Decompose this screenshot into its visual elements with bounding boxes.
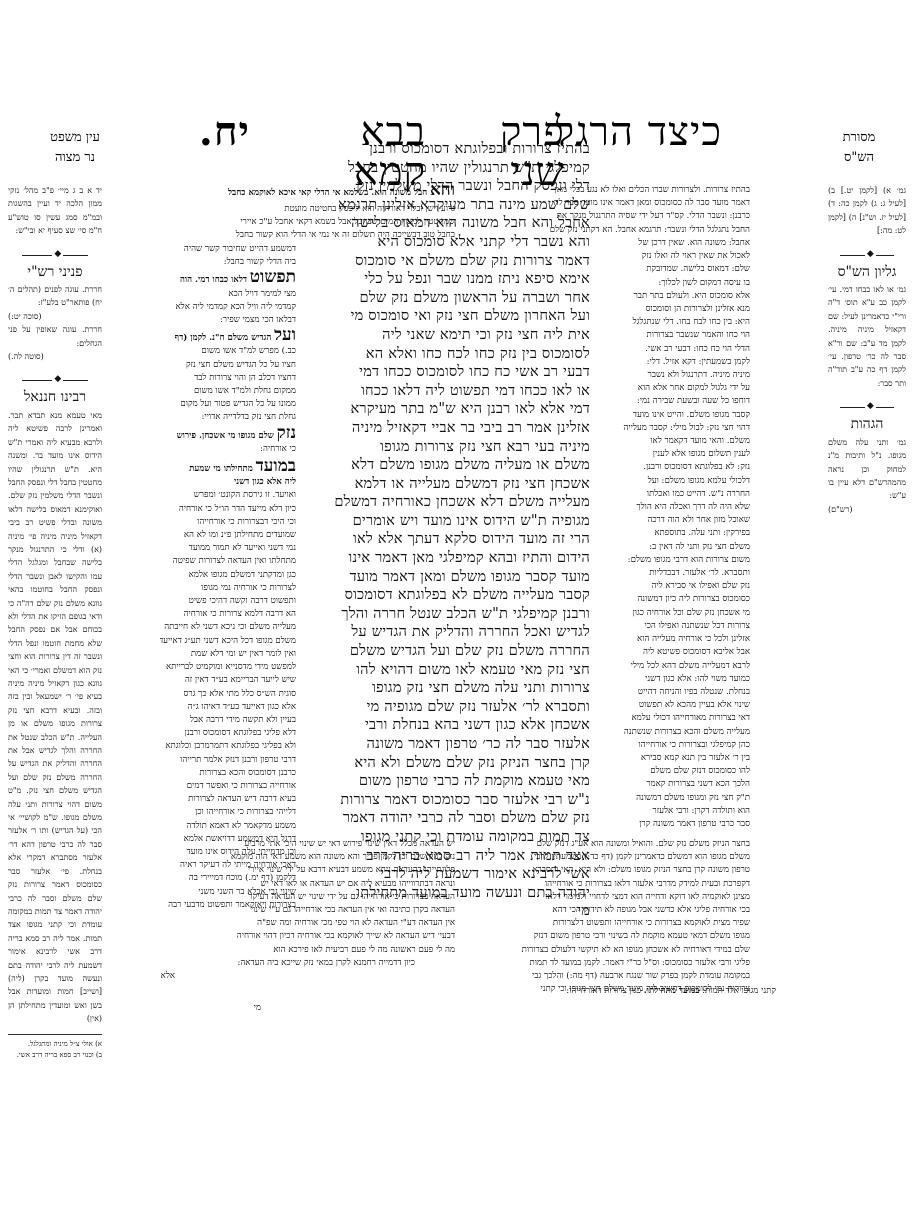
- ornament-divider: [840, 250, 895, 260]
- final-catchword-wrap: מי: [170, 1002, 776, 1015]
- tosafot-line: כיון דלא מייעד הדר הו״ל כי אורחיה: [160, 503, 296, 516]
- final-catchword: מי: [170, 1002, 776, 1015]
- gemara-line: אזלינן אמר רב ביבי בר אביי דקאזיל מיניה: [298, 419, 590, 438]
- tosafot-dh-text: שלם מגופו מי אשכחן. פירוש: [177, 431, 274, 441]
- rashi-line: היא: בין כחו לבח בחו. דלי שנתגלגל: [596, 316, 750, 329]
- rashi-line: משלם חצי נזק ותני לה דאין ב:: [596, 541, 750, 554]
- tosafot-line: כי אורחיה:: [160, 443, 296, 456]
- tosafot-line: אורחייה בצרורות כי ואפשר דמים: [160, 780, 296, 793]
- rashi-line: על ידי גלגול למקום אחר אלא הוא: [596, 382, 750, 395]
- rashi-line: משום צרורות הוא דרבי מגופו משלם:: [596, 554, 750, 567]
- tosafot-line: דרבי טרפון ורבנן דנזק אלמר תרייהו: [160, 754, 296, 767]
- tosafot-dh-veal: ועל: [274, 329, 296, 345]
- gemara-line: מעלייה משלם דלא אשכחן כאורחיה דמשלם: [298, 493, 590, 512]
- tosafot-dh-text: מתחילתו מי שמעת: [189, 464, 253, 474]
- rashi-line: מגופו משלם דמאי טעמא מוקמת לה בשינוי ורב…: [458, 930, 750, 943]
- tosafot-line: דחציו דכלב הן והוי צרורות לבד: [160, 372, 296, 385]
- penei-rashi-title: פניני רש"י: [8, 266, 102, 279]
- gemara-line: דמי אלא לאו רבנן היא ש"מ בתר מעיקרא: [298, 400, 590, 419]
- gemara-line: צרורות ותני עלה משלם חצי נזק מגופו: [298, 679, 590, 698]
- hagahot-text: גמ׳ ותני עלה משלם מגופו. נ"ל ותיבות מ"נ …: [828, 436, 906, 503]
- tosafot-line: העדאה בצרורות כי אורחייהו גם על ידי שינו…: [110, 891, 455, 904]
- tosafot-line: יש העדאה מכלל דאין שינוי פירוש דאי יש שי…: [110, 838, 455, 851]
- tosafot-line: הא דרבה דלמא צרורות כי אורחיה: [160, 608, 296, 621]
- final-line-text: כגון צרורות דאורחייהו:: [566, 986, 641, 996]
- rashi-commentary-column: אחבל: משונה הוא. שאין דרכן של לאכול את ש…: [596, 237, 750, 831]
- tosafot-line: לצרורות כי אורחיה נמי מגופו: [160, 582, 296, 595]
- tosafot-line: מה לי פעם ראשונה מה לי פעם רביעית לאו פי…: [110, 944, 455, 957]
- gemara-line: אימא סיפא ניתז ממנו שבר ונפל על כלי: [298, 270, 590, 289]
- tosafot-line: גרוע וישן ובלוי דאורחיה הוא ליפסק בחטיטה…: [110, 203, 455, 216]
- gemara-line: קסבר מעלייה משלם לא בפלוגתא דסומכוס: [298, 586, 590, 605]
- hagahot-title: הגהות: [828, 418, 906, 431]
- tosafot-line: אלא כגון דאייעד בע״ד דאיהו ג״ה: [160, 701, 296, 714]
- gemara-line: דאמר צרורות נזק שלם משלם אי סומכוס: [298, 252, 590, 271]
- tosafot-line: בעיין ולא תקשה מידי דרבה אבל: [160, 714, 296, 727]
- tosafot-line: משלם מגופו דכל היכא דשני תע״ג דאייעד: [160, 635, 296, 648]
- tosafot-line: מצי למימר דויל הכא: [160, 288, 296, 301]
- rashi-line: בנחלת. שנטלה בפיו והניחה דהייט: [596, 686, 750, 699]
- gemara-line: אלעזר סבר לה כר׳ טרפון דאמר משונה: [298, 735, 590, 754]
- gemara-line: או לאו ככחו דמי תפשוט ליה דלאו ככחו: [298, 382, 590, 401]
- footnote-2: ב) וכנוי רב ספא בריה דרב אשי.: [8, 1050, 102, 1061]
- rashi-line: דלכולי עלמא מגופו משלם: ועל: [596, 475, 750, 488]
- rashi-line: נזק: לא בפלוגתא דסומכוס ורבנן.: [596, 461, 750, 474]
- tosafot-line: כב.) מפרש למ"ד אשו משום: [160, 345, 296, 358]
- rashi-line: להו כסומכוס דנזק שלם משלם: [596, 765, 750, 778]
- rashi-line: לרבא דמעלייה משלם דהא לכל מילי: [596, 660, 750, 673]
- rashi-line: כמועד משוי להו: אלא כגון דשני: [596, 673, 750, 686]
- tosafot-line: ונראה דבתרווייהו מבעיא ליה אם יש העדאה א…: [110, 878, 455, 891]
- tosafot-line: למפשט מידי מדסנייא ומוקמיט לברייתא: [160, 661, 296, 674]
- rashi-line: אחבל: משונה הוא. שאין דרכן של: [596, 237, 750, 250]
- gemara-line: מועד קסבר מגופו משלם ומאן דאמר מועד: [298, 568, 590, 587]
- gemara-line: הידום והתיז ובהא קמיפלגי מאן דאמר אינו: [298, 549, 590, 568]
- rashi-line: אלא סומכוס היא. ולעולם בתר תבר: [596, 290, 750, 303]
- gemara-line: אשכחן אלא כגון דשני בהא בנחלת ורבי: [298, 716, 590, 735]
- penei-rashi-text-2: חררת. עוגה שאופין על פני הגחלים:: [8, 323, 102, 350]
- gemara-line: ועל האחרון משלם חצי נזק ואי סומכוס מי: [298, 307, 590, 326]
- tosafot-line: שיש לייעד הבריימא בע״ד דאין זה: [160, 674, 296, 687]
- gemara-line: ותסברא לר׳ אלעזר נזק שלם מגופיה מי: [298, 698, 590, 717]
- tosafot-line: העדאה בקרן כתיבה ואי אין העדאה בכי אורחי…: [110, 904, 455, 917]
- rashi-line: החררה נ"ש. דהייט כמו ואכלתו: [596, 488, 750, 501]
- tosafot-line: חציו על כל הגדיש משלם חצי נזק: [160, 359, 296, 372]
- rashi-line: בפירקין: ותני עלה. בתוספתא: [596, 527, 750, 540]
- gemara-line: הרי זה מועד הידוס סלקא דעתך אלא לאו: [298, 530, 590, 549]
- tosafot-line: דבלאו הכי מצמי שפיר:: [160, 314, 296, 327]
- rashi-line: הלכך הכא דשני בצרורות קאמר: [596, 778, 750, 791]
- rashi-line: אזלינן ולכל כי אורחיה מעלייה הוא: [596, 633, 750, 646]
- gemara-main-text: בהתיז צרורות ובפלוגתא דסומכוס ורבנן קמיפ…: [298, 140, 590, 921]
- gilyon-hashas-title: גליון הש"ס: [828, 266, 906, 279]
- tosafot-dh-tifshot: תפשוט: [250, 271, 296, 287]
- tosafot-line: כרבנן דסומכוס והכא בצרורות: [160, 767, 296, 780]
- gemara-line: נ"ש רבי אלעזר סבר כסומכוס דאמר צרורות: [298, 791, 590, 810]
- rashi-line: צרורות דכל שנשתנה ואפילו הכי: [596, 620, 750, 633]
- rashi-line: מנא אזלינן ולצרורות הן וסומכוס: [596, 303, 750, 316]
- rabbeinu-chananel-text: מאי טעמא מנא תבדא תבר. ואמרינן לרבה פשיט…: [8, 409, 102, 1026]
- tosafot-line: נזק לנזק שלם וכן לקמן פריך והא משונה הוא…: [110, 851, 455, 864]
- gemara-line: ורבנן קמיפלגי ת"ש הכלב שנטל חררה והלך: [298, 605, 590, 624]
- rashi-line: מי אשכחן נזק שלם וכל אורחיה כגון: [596, 607, 750, 620]
- rashi-line: הוי כחו והאמר שנשבר בצרורות: [596, 329, 750, 342]
- gemara-line: החררה משלם נזק שלם ועל הגדיש משלם: [298, 642, 590, 661]
- rashi-line: במקומה עומדת לקמן בפרק שור שנגח ארבעה (ד…: [458, 970, 750, 983]
- footnote-1: א) אולי צ״ל מיניה ומתגלגל.: [8, 1039, 102, 1050]
- ornament-divider: [22, 375, 88, 385]
- rashi-line: שינוי אלא בעיין מהכא לא תפשוט: [596, 699, 750, 712]
- tosafot-line: גחלת חצי נזק בדלדייה אדויי:: [160, 411, 296, 424]
- tosafot-line: כיון דדמייה רחמנא לקרן במאי נזק שייכא בי…: [110, 957, 455, 970]
- tosafot-line: דבעי׳ דיש העדאה לא שייך לאוקמא בכי אורחי…: [110, 930, 455, 943]
- tosafot-line: ממקום גחלת ולמ"ד אשו משום: [160, 385, 296, 398]
- rashi-line: לענין תשלום מגופו אלא לענין: [596, 448, 750, 461]
- tosafot-line: כגן ומדקתני דמשלם מגופו אלמא: [160, 569, 296, 582]
- rashi-line: משלם. והאי מועד דקאמר לאו: [596, 435, 750, 448]
- tosafot-line: אין העדאה דע"י העדאה לא הוי טפי מכי אורח…: [110, 917, 455, 930]
- tosafot-line: שמחטטין למצוץ המים שבחבל אבל בשמא דקאי א…: [110, 216, 455, 229]
- rashi-line: שלם: דמאוס בלישה. שמדובקת: [596, 263, 750, 276]
- rashi-line: סבר כרבי טרפון דאמר משונה קרן: [596, 818, 750, 831]
- masoret-hashas-label: מסורת הש"ס: [814, 128, 904, 168]
- ein-mishpat-label: עין משפט נר מצוה: [30, 128, 120, 168]
- gemara-line: משלם או מעליה משלם מגופו משלם דלא: [298, 456, 590, 475]
- tosafot-top: והא חבל משונה הוא. בשלמא אי הדלי קאי איכ…: [110, 184, 455, 200]
- rashi-line: לאכול את שאין ראוי לה ואלו נזק: [596, 250, 750, 263]
- rashi-line: דהוי חצי נזק: לבול מילי: קסבר מעלייה: [596, 422, 750, 435]
- tosafot-dibur-hamatchil: חבל משונה הוא. בשלמא אי הדלי קאי איכא לא…: [228, 188, 427, 198]
- rashi-line: כסומכוס בצרורות ליה כיון דמשונה: [596, 593, 750, 606]
- ornament-divider: [840, 402, 895, 412]
- rashi-line: שלם במידי דאורחיה לא אשכחן מגופו הא לא ת…: [458, 944, 750, 957]
- rashi-line: מיניה מיניה. דתרנגול ולא נשבר: [596, 369, 750, 382]
- tosafot-line: מעלייה משלם וכי ניכא דשני לא חייבתה: [160, 621, 296, 634]
- gemara-line: בהתיז צרורות ובפלוגתא דסומכוס ורבנן: [298, 140, 590, 159]
- tosafot-line: מתחלתו ואין העדאה לצרורות שפיטה: [160, 555, 296, 568]
- hagahot-signature: (רש"ם): [828, 503, 906, 516]
- gemara-line: קרן בחצר הניזק נזק שלם משלם ולא היא: [298, 754, 590, 773]
- rashi-line: אבל אליבא דסומכוס פשיטא ליה: [596, 646, 750, 659]
- tosafot-line: דלא פליגי בפלוגתא דסומכוס ורבנן: [160, 727, 296, 740]
- tosafot-line: ממונו על כל הגדיש פטור ועל מקום: [160, 398, 296, 411]
- gemara-line: אשכחן חצי נזק דמשלם מעלייה או דלמא: [298, 475, 590, 494]
- final-line: קתני מגופו אלד תמות: במועד מתחילתו. כגון…: [170, 985, 776, 998]
- rashi-line: דאי בצרורות מאורחייהו דכולי עלמא: [596, 712, 750, 725]
- rashi-line: קסבר מגופו משלם. והייט אינו מועד: [596, 409, 750, 422]
- tosafot-top-continued: גרוע וישן ובלוי דאורחיה הוא ליפסק בחטיטה…: [110, 203, 455, 243]
- gemara-line: מגופיה ת"ש הידוס אינו מועד ויש אומרים: [298, 512, 590, 531]
- tosafot-line: קמדמי ליה וויל הכא קמדמי ליה אלא: [160, 301, 296, 314]
- rashi-line: פליגי ורבי אלעזר כסומכוס: וס"ל כר"י דאמר…: [458, 957, 750, 970]
- gemara-line: קמיפלגי ת"ש תרנגולין שהיו מחטטין בחבל: [298, 159, 590, 178]
- final-line-text: קתני מגופו אלד תמות:: [702, 986, 776, 996]
- left-margin: יד א ב ג מיי׳ פ"ב מהל׳ נזקי ממון הלכה יד…: [8, 184, 102, 1061]
- folio-number: יח.: [160, 112, 250, 152]
- rabbeinu-chananel-title: רבינו חננאל: [8, 391, 102, 404]
- gemara-line: חצי נזק מאי טעמא לאו משום דהויא להו: [298, 661, 590, 680]
- rashi-line: שלא היה לה דרך ואכלה היא הולך: [596, 501, 750, 514]
- tosafot-line: ואויעד. זו גירסת הקונט׳ ומפרש: [160, 489, 296, 502]
- tosafot-dh-text: הגדיש משלם ח"נ. לקמן (דף: [175, 333, 272, 343]
- gemara-line: נזק שלם משלם וסבר לה כרבי יהודה דאמר: [298, 809, 590, 828]
- tosafot-line: נמי דשני ואייעד לא תמור ממועד: [160, 542, 296, 555]
- tosafot-line: משמע מדקאמר לא דאמא תולדה: [160, 820, 296, 833]
- final-line-dibur-hamatchil: במועד מתחילתו.: [644, 986, 700, 996]
- tosafot-line: וכי היכי דבצרורות כי אורחייהו: [160, 516, 296, 529]
- gemara-line: מאי טעמא מוקמת לה כרבי טרפון משום: [298, 772, 590, 791]
- rashi-line: כהן קמיפלגי ובצרורות כי אורחייהו: [596, 739, 750, 752]
- tosafot-line: בחבל טוב דבשייכה היה תשלום זה אי נמי אי …: [110, 229, 455, 242]
- ein-mishpat-text: יד א ב ג מיי׳ פ"ב מהל׳ נזקי ממון הלכה יד…: [8, 184, 102, 238]
- tosafot-line: פלוגתייהו בהעדאה ניחא משמע דבעיא דרבא על…: [110, 864, 455, 877]
- rashi-line: לקמן בשמעתין: דקא אזיל. דלי:: [596, 356, 750, 369]
- rashi-line: ת"ק חצי נזק ומגופו משלם דמשונה: [596, 792, 750, 805]
- tosafot-line: דמשמע דהייט שחיבור קשר שהיה: [160, 243, 296, 256]
- rashi-line: הוא ותולדה דקרן: ורבי אלעזר: [596, 805, 750, 818]
- rashi-line: שאוכל מזון אחר ולא הוה דרכה: [596, 514, 750, 527]
- tosafot-opening-word: והא: [430, 184, 455, 200]
- gemara-line: אחר ושברה על הראשון משלם נזק שלם: [298, 289, 590, 308]
- masoret-notes: גמ׳ א) [לקמן יט.] ב) [לעיל ג: ג) לקמן כה…: [828, 184, 906, 238]
- tosafot-line: ואין לומר דאין יש ומי דלא שמת: [160, 648, 296, 661]
- tosafot-line: דלייהי בצרורות כי אורחייהו וכן: [160, 806, 296, 819]
- rashi-line: בין ר׳ אלעזר בין תנא קמא סבירא: [596, 752, 750, 765]
- gemara-line: דבעי רב אשי כח כחו לסומכוס ככחו דמי: [298, 363, 590, 382]
- footnote-rule: [8, 1034, 102, 1035]
- tosafot-line: ותפשוט דרבה וקשה דהיכי פשיט: [160, 595, 296, 608]
- tosafot-column: דמשמע דהייט שחיבור קשר שהיה ביה הדלי קשו…: [160, 243, 296, 912]
- penei-rashi-ref-1: (סוכה יט:): [8, 310, 102, 323]
- rashi-line: מעלייה משלם והכא בצרורות שנשתנה: [596, 726, 750, 739]
- tosafot-bottom: יש העדאה מכלל דאין שינוי פירוש דאי יש שי…: [110, 838, 455, 983]
- tosafot-line: בעיא דרבה דיש העדאה לצרורות: [160, 793, 296, 806]
- tosafot-dh-text: ליה אלא כגון דשני: [234, 477, 296, 487]
- rashi-line: ותסברא. לר׳ אלעזר. דבכדליות: [596, 567, 750, 580]
- tosafot-line: שמועדים מתחילתן פ״נ ומו לא הא: [160, 529, 296, 542]
- rashi-line: בו עיסה דמקום לשון לכלוך:: [596, 277, 750, 290]
- penei-rashi-ref-2: (סוטה לה.): [8, 350, 102, 363]
- rashi-line: נזק שלם ואפילו אי סבירא ליה: [596, 580, 750, 593]
- penei-rashi-text-1: חררת. עוגה לפנים (תהלים ה׳ יח) פותאר"ט ב…: [8, 283, 102, 310]
- tosafot-dh-bemuad: במועד: [256, 460, 296, 476]
- tosafot-dh-text: דלאו כבחו דמי. הוה: [180, 275, 247, 285]
- gemara-line: לגדיש ואכל החררה והדליק את הגדיש על: [298, 623, 590, 642]
- tosafot-dh-nezek: נזק: [277, 427, 296, 443]
- gemara-line: לסומכוס בין נזק כחו לכח כחו ואלא הא: [298, 345, 590, 364]
- right-margin: גמ׳ א) [לקמן יט.] ב) [לעיל ג: ג) לקמן כה…: [828, 184, 906, 516]
- gemara-line: מיניה בעי רבא חצי נזק צרורות מגופו: [298, 438, 590, 457]
- ornament-divider: [22, 250, 88, 260]
- gemara-line: אית ליה חצי נזק וכי תימא שאני ליה: [298, 326, 590, 345]
- rashi-line: הדלי הוי כח כחו: דבעי רב אשי.: [596, 343, 750, 356]
- tosafot-line: ולא בפליגי בפלוגתא דתמרמרבן וכלוגתא: [160, 740, 296, 753]
- tosafot-line: סוגית הש״ס כלל מתי אלא כך גרס: [160, 688, 296, 701]
- tosafot-line: ביה הדלי קשור בחבל:: [160, 256, 296, 269]
- rashi-line: דוחפו כל שעה ובשעת שבירה נמי:: [596, 395, 750, 408]
- tosafot-catchword: אלא: [110, 970, 455, 983]
- gilyon-hashas-text: גמ׳ או לאו כבחו דמי. עי׳ לקמן כב ע"א תוס…: [828, 283, 906, 390]
